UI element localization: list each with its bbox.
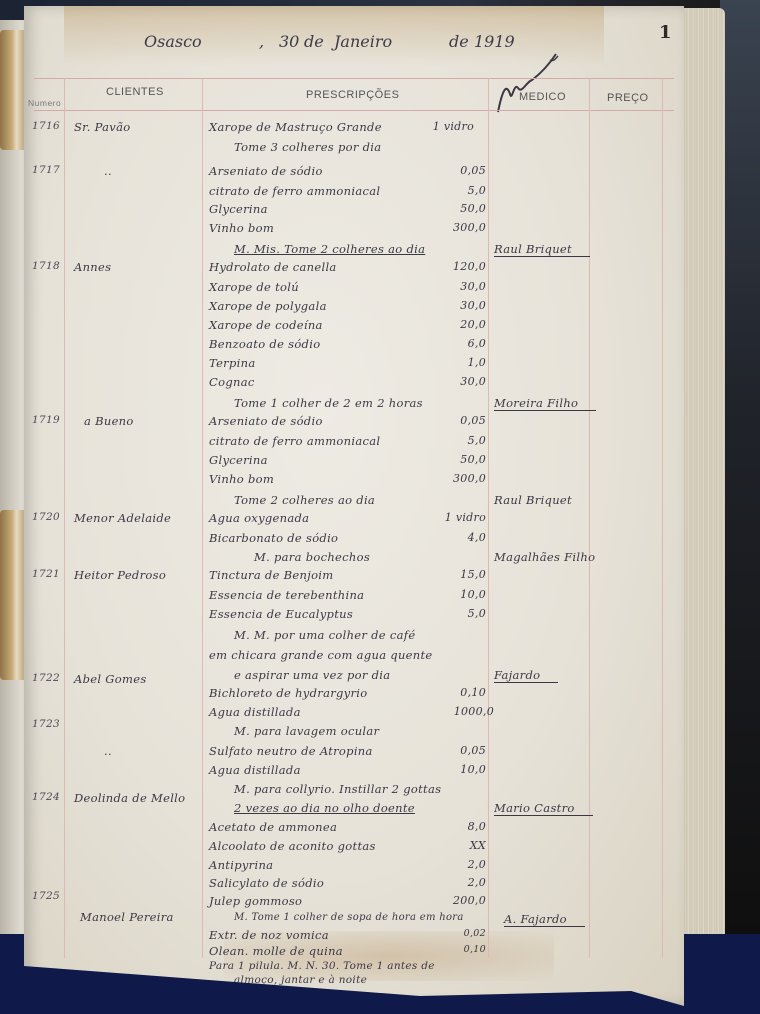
- prescription-line: Xarope de codeína: [209, 318, 323, 332]
- doctor-name: Raul Briquet: [494, 242, 590, 257]
- price: 0,02: [416, 928, 486, 939]
- prescription-line: Sulfato neutro de Atropina: [209, 744, 373, 758]
- price: 300,0: [416, 472, 486, 485]
- doctor-name: Magalhães Filho: [494, 550, 595, 564]
- price: 0,05: [416, 744, 486, 757]
- entry-number: 1716: [32, 120, 60, 132]
- ledger-entry-line: Xarope de codeína 20,0: [24, 318, 684, 338]
- instruction-line: Para 1 pilula. M. N. 30. Tome 1 antes de: [209, 960, 435, 972]
- price: 30,0: [416, 299, 486, 312]
- signature-icon: [492, 52, 562, 122]
- price: 1 vidro: [404, 120, 474, 133]
- prescription-line: Hydrolato de canella: [209, 260, 337, 274]
- column-header-clientes: CLIENTES: [106, 86, 164, 98]
- price: 0,10: [416, 944, 486, 955]
- instruction-line: em chicara grande com agua quente: [209, 648, 433, 662]
- client-name: Menor Adelaide: [74, 511, 171, 525]
- prescription-line: Bichloreto de hydrargyrio: [209, 686, 367, 700]
- ledger-entry: 1724 Deolinda de Mello: [24, 791, 684, 811]
- ledger-entry-line: Terpina 1,0: [24, 356, 684, 376]
- ledger-entry-line: Essencia de Eucalyptus 5,0: [24, 607, 684, 627]
- instruction-line: Tome 2 colheres ao dia: [234, 493, 375, 507]
- entry-number: 1719: [32, 414, 60, 426]
- ledger-entry-line: Xarope de tolú 30,0: [24, 280, 684, 300]
- prescription-line: Agua oxygenada: [209, 511, 309, 525]
- prescription-line: Salicylato de sódio: [209, 876, 324, 890]
- client-name: Annes: [74, 260, 111, 274]
- header-month: Janeiro: [334, 32, 392, 51]
- ledger-entry-line: Essencia de terebenthina 10,0: [24, 588, 684, 608]
- ledger-entry: 1723: [24, 718, 684, 738]
- price: 30,0: [416, 280, 486, 293]
- ledger-entry-line: Bichloreto de hydrargyrio 0,10: [24, 686, 684, 706]
- instruction-line: Tome 3 colheres por dia: [234, 140, 381, 154]
- price: 1000,0: [424, 705, 494, 718]
- header-comma: ,: [259, 32, 264, 51]
- prescription-line: citrato de ferro ammoniacal: [209, 434, 380, 448]
- entry-number: 1718: [32, 260, 60, 272]
- prescription-line: citrato de ferro ammoniacal: [209, 184, 380, 198]
- client-name: Heitor Pedroso: [74, 568, 166, 582]
- prescription-line: Bicarbonato de sódio: [209, 531, 338, 545]
- client-name: Manoel Pereira: [80, 910, 174, 924]
- doctor-name: Moreira Filho: [494, 396, 596, 411]
- header-year: 1919: [474, 32, 515, 51]
- price: 20,0: [416, 318, 486, 331]
- price: 10,0: [416, 763, 486, 776]
- price: 5,0: [416, 607, 486, 620]
- client-name: ..: [104, 744, 112, 758]
- price: 0,05: [416, 164, 486, 177]
- column-header-prescripcoes: PRESCRIPÇÕES: [306, 89, 399, 101]
- ledger-entry-line: .. Sulfato neutro de Atropina 0,05: [24, 744, 684, 764]
- ledger-entry-line: Cognac 30,0: [24, 375, 684, 395]
- entry-number: 1717: [32, 164, 60, 176]
- ledger-entry: 1721 Heitor Pedroso Tinctura de Benjoim …: [24, 568, 684, 588]
- prescription-line: Xarope de Mastruço Grande: [209, 120, 382, 134]
- ledger-page: Osasco , 30 de Janeiro de 1919 1 Numero …: [24, 6, 684, 1006]
- ledger-entry-line: Manoel Pereira: [24, 910, 684, 930]
- prescription-line: Alcoolato de aconito gottas: [209, 839, 376, 853]
- page-number: 1: [659, 22, 672, 43]
- doctor-name: Raul Briquet: [494, 493, 572, 507]
- ledger-entry-line: Alcoolato de aconito gottas XX: [24, 839, 684, 859]
- price: 2,0: [416, 876, 486, 889]
- prescription-line: Acetato de ammonea: [209, 820, 337, 834]
- price: 300,0: [416, 221, 486, 234]
- ledger-entry-line: em chicara grande com agua quente: [24, 648, 684, 668]
- price: 1,0: [416, 356, 486, 369]
- price: 5,0: [416, 184, 486, 197]
- ledger-entry: 1719 a Bueno Arseniato de sódio 0,05: [24, 414, 684, 434]
- price: 0,10: [416, 686, 486, 699]
- ledger-entry: 1717 .. Arseniato de sódio 0,05: [24, 164, 684, 184]
- prescription-line: Antipyrina: [209, 858, 273, 872]
- header-rule-top: [34, 78, 674, 79]
- ledger-entry-line: citrato de ferro ammoniacal 5,0: [24, 184, 684, 204]
- price: 2,0: [416, 858, 486, 871]
- price: 50,0: [416, 202, 486, 215]
- client-name: Deolinda de Mello: [74, 791, 185, 805]
- entry-number: 1722: [32, 672, 60, 684]
- price: 30,0: [416, 375, 486, 388]
- header-de-1: de: [304, 32, 324, 51]
- ledger-entry-line: M. para bochechos Magalhães Filho: [24, 550, 684, 570]
- column-header-medico: MEDICO: [519, 91, 566, 103]
- prescription-line: Essencia de terebenthina: [209, 588, 364, 602]
- client-name: ..: [104, 164, 112, 178]
- entry-number: 1724: [32, 791, 60, 803]
- instruction-line: M. para bochechos: [254, 550, 370, 564]
- prescription-line: Essencia de Eucalyptus: [209, 607, 353, 621]
- prescription-line: Agua distillada: [209, 705, 301, 719]
- ledger-entry-line: Agua distillada 10,0: [24, 763, 684, 783]
- price: 6,0: [416, 337, 486, 350]
- ledger-entry-line: Glycerina 50,0: [24, 453, 684, 473]
- ledger-entry: 1716 Sr. Pavão Xarope de Mastruço Grande…: [24, 120, 684, 140]
- header-rule-bottom: [34, 110, 674, 111]
- ledger-entry-line: Acetato de ammonea 8,0: [24, 820, 684, 840]
- ledger-entry: 1720 Menor Adelaide Agua oxygenada 1 vid…: [24, 511, 684, 531]
- ledger-entry-line: Vinho bom 300,0: [24, 472, 684, 492]
- instruction-line: M. Mis. Tome 2 colheres ao dia: [234, 242, 425, 256]
- prescription-line: Benzoato de sódio: [209, 337, 320, 351]
- price: 10,0: [416, 588, 486, 601]
- ledger-entry-line: citrato de ferro ammoniacal 5,0: [24, 434, 684, 454]
- prescription-line: Glycerina: [209, 202, 268, 216]
- ledger-entry-line: Xarope de polygala 30,0: [24, 299, 684, 319]
- price: 0,05: [416, 414, 486, 427]
- prescription-line: Arseniato de sódio: [209, 164, 323, 178]
- prescription-line: Arseniato de sódio: [209, 414, 323, 428]
- prescription-line: Agua distillada: [209, 763, 301, 777]
- ledger-entry-line: Antipyrina 2,0: [24, 858, 684, 878]
- prescription-line: Cognac: [209, 375, 255, 389]
- prescription-line: Terpina: [209, 356, 255, 370]
- ledger-entry-line: M. Mis. Tome 2 colheres ao dia Raul Briq…: [24, 242, 684, 262]
- prescription-line: Glycerina: [209, 453, 268, 467]
- ledger-entry-line: Tome 3 colheres por dia: [24, 140, 684, 160]
- ledger-entry-line: Tome 1 colher de 2 em 2 horas Moreira Fi…: [24, 396, 684, 416]
- instruction-line: M. M. por uma colher de café: [234, 628, 415, 642]
- client-name: a Bueno: [84, 414, 134, 428]
- price: 5,0: [416, 434, 486, 447]
- column-header-numero: Numero: [28, 98, 61, 108]
- price: 120,0: [416, 260, 486, 273]
- prescription-line: Extr. de noz vomica: [209, 928, 329, 942]
- ledger-entry: 1718 Annes Hydrolato de canella 120,0: [24, 260, 684, 280]
- prescription-line: Olean. molle de quina: [209, 944, 343, 958]
- entry-number: 1720: [32, 511, 60, 523]
- prescription-line: Xarope de tolú: [209, 280, 299, 294]
- prescription-line: Tinctura de Benjoim: [209, 568, 334, 582]
- ledger-entry-line: Vinho bom 300,0: [24, 221, 684, 241]
- header-day: 30: [279, 32, 299, 51]
- entry-number: 1721: [32, 568, 60, 580]
- ledger-entry: 1725: [24, 890, 684, 910]
- price: 15,0: [416, 568, 486, 581]
- ledger-entry-line: M. M. por uma colher de café: [24, 628, 684, 648]
- column-header-preco: PREÇO: [607, 92, 649, 104]
- header-city: Osasco: [144, 32, 202, 51]
- entry-number: 1723: [32, 718, 60, 730]
- entry-number: 1725: [32, 890, 60, 902]
- price: 8,0: [416, 820, 486, 833]
- ledger-entry-line: Tome 2 colheres ao dia Raul Briquet: [24, 493, 684, 513]
- price: 50,0: [416, 453, 486, 466]
- instruction-line: Tome 1 colher de 2 em 2 horas: [234, 396, 423, 410]
- header-de-2: de: [449, 32, 469, 51]
- prescription-line: Vinho bom: [209, 472, 274, 486]
- ledger-entry-line: Benzoato de sódio 6,0: [24, 337, 684, 357]
- price: XX: [416, 839, 486, 852]
- prescription-line: Vinho bom: [209, 221, 274, 235]
- price: 1 vidro: [416, 511, 486, 524]
- background-shadow: [720, 0, 760, 1014]
- client-name: Abel Gomes: [74, 672, 147, 686]
- prescription-line: Xarope de polygala: [209, 299, 327, 313]
- ledger-entry-line: Bicarbonato de sódio 4,0: [24, 531, 684, 551]
- price: 4,0: [416, 531, 486, 544]
- ledger-entry-line: Glycerina 50,0: [24, 202, 684, 222]
- client-name: Sr. Pavão: [74, 120, 130, 134]
